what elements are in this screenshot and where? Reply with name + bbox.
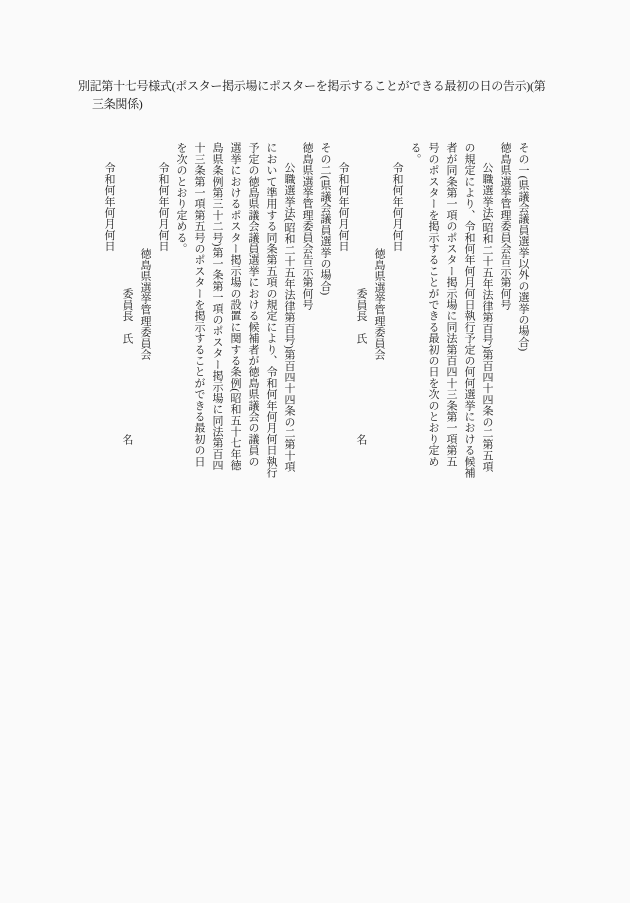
section1-notice-date: 令和何年何月何日 (388, 142, 406, 490)
form-title-line2: 三条関係) (78, 95, 578, 113)
section2-notice-date: 令和何年何月何日 (154, 142, 172, 490)
section2-notice-number: 徳島県選挙管理委員会告示第何号 (298, 142, 316, 490)
section2-body-line3: 予定の徳島県議会議員選挙における候補者が徳島県議会の議員の (244, 142, 262, 490)
section1-notice-number: 徳島県選挙管理委員会告示第何号 (496, 142, 514, 490)
section2-body-line5: 島県条例第三十二号)第一条第一項のポスター掲示場に同法第百四 (208, 142, 226, 490)
section1-body-line3: 者が同条第一項のポスター掲示場に同法第百四十三条第一項第五 (442, 142, 460, 490)
section2-body-line1: 公職選挙法(昭和二十五年法律第百号)第百四十四条の二第十項 (280, 142, 298, 490)
notice-form-page: { "page": { "background": "#fafafa", "te… (0, 0, 630, 903)
section2-chairman-line: 委員長 氏 名 (118, 142, 136, 490)
vertical-text-block: その一(県議会議員選挙以外の選挙の場合) 徳島県選挙管理委員会告示第何号 公職選… (100, 142, 532, 490)
section1-body-line2: の規定により、令和何年何月何日執行予定の何何選挙における候補 (460, 142, 478, 490)
section1-body-line5: る。 (406, 142, 424, 490)
section2-committee-name: 徳島県選挙管理委員会 (136, 142, 154, 490)
section1-body-line4: 号のポスターを掲示することができる最初の日を次のとおり定め (424, 142, 442, 490)
section2-body-line4: 選挙におけるポスター掲示場の設置に関する条例(昭和五十七年徳 (226, 142, 244, 490)
section2-body-line7: を次のとおり定める。 (172, 142, 190, 490)
section1-body-line1: 公職選挙法(昭和二十五年法律第百号)第百四十四条の二第五項 (478, 142, 496, 490)
section2-heading: その二(県議会議員選挙の場合) (316, 142, 334, 490)
section1-defined-date: 令和何年何月何日 (334, 142, 352, 490)
section2-body-line6: 十三条第一項第五号のポスターを掲示することができる最初の日 (190, 142, 208, 490)
section1-committee-name: 徳島県選挙管理委員会 (370, 142, 388, 490)
section1-chairman-line: 委員長 氏 名 (352, 142, 370, 490)
form-title: 別記第十七号様式(ポスター掲示場にポスターを掲示することができる最初の日の告示)… (78, 77, 578, 113)
form-title-line1: 別記第十七号様式(ポスター掲示場にポスターを掲示することができる最初の日の告示)… (78, 77, 578, 95)
section2-defined-date: 令和何年何月何日 (100, 142, 118, 490)
section2-body-line2: において準用する同条第五項の規定により、令和何年何月何日執行 (262, 142, 280, 490)
section1-heading: その一(県議会議員選挙以外の選挙の場合) (514, 142, 532, 490)
